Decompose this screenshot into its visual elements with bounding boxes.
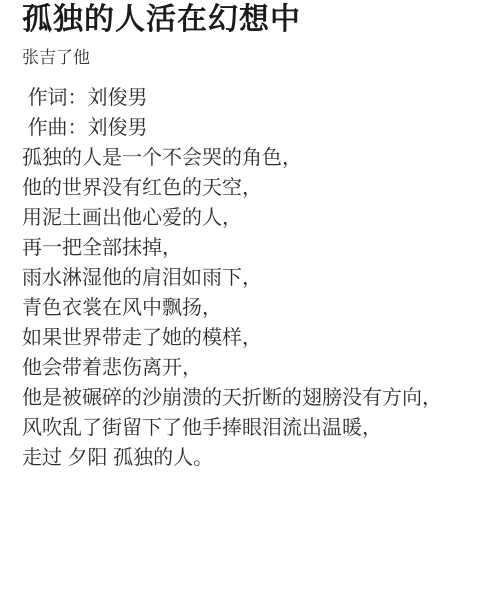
lyric-line: 风吹乱了街留下了他手捧眼泪流出温暖， [22,413,480,443]
lyric-line: 他的世界没有红色的天空， [22,173,480,203]
lyric-line: 青色衣裳在风中飘扬， [22,293,480,323]
lyrics-block: 作词：刘俊男 作曲：刘俊男 孤独的人是一个不会哭的角色， 他的世界没有红色的天空… [22,83,480,473]
lyric-line: 孤独的人是一个不会哭的角色， [22,143,480,173]
credit-line-lyricist: 作词：刘俊男 [22,83,480,113]
credit-line-composer: 作曲：刘俊男 [22,113,480,143]
song-title: 孤独的人活在幻想中 [22,2,480,38]
lyrics-page: 孤独的人活在幻想中 张吉了他 作词：刘俊男 作曲：刘俊男 孤独的人是一个不会哭的… [0,0,500,610]
lyric-line: 用泥土画出他心爱的人， [22,203,480,233]
lyric-line: 他是被碾碎的沙崩溃的天折断的翅膀没有方向， [22,383,480,413]
lyric-line: 如果世界带走了她的模样， [22,323,480,353]
lyric-line: 他会带着悲伤离开， [22,353,480,383]
lyric-line: 走过 夕阳 孤独的人。 [22,443,480,473]
artist-name: 张吉了他 [22,46,480,70]
lyric-line: 再一把全部抹掉， [22,233,480,263]
lyric-line: 雨水淋湿他的肩泪如雨下， [22,263,480,293]
